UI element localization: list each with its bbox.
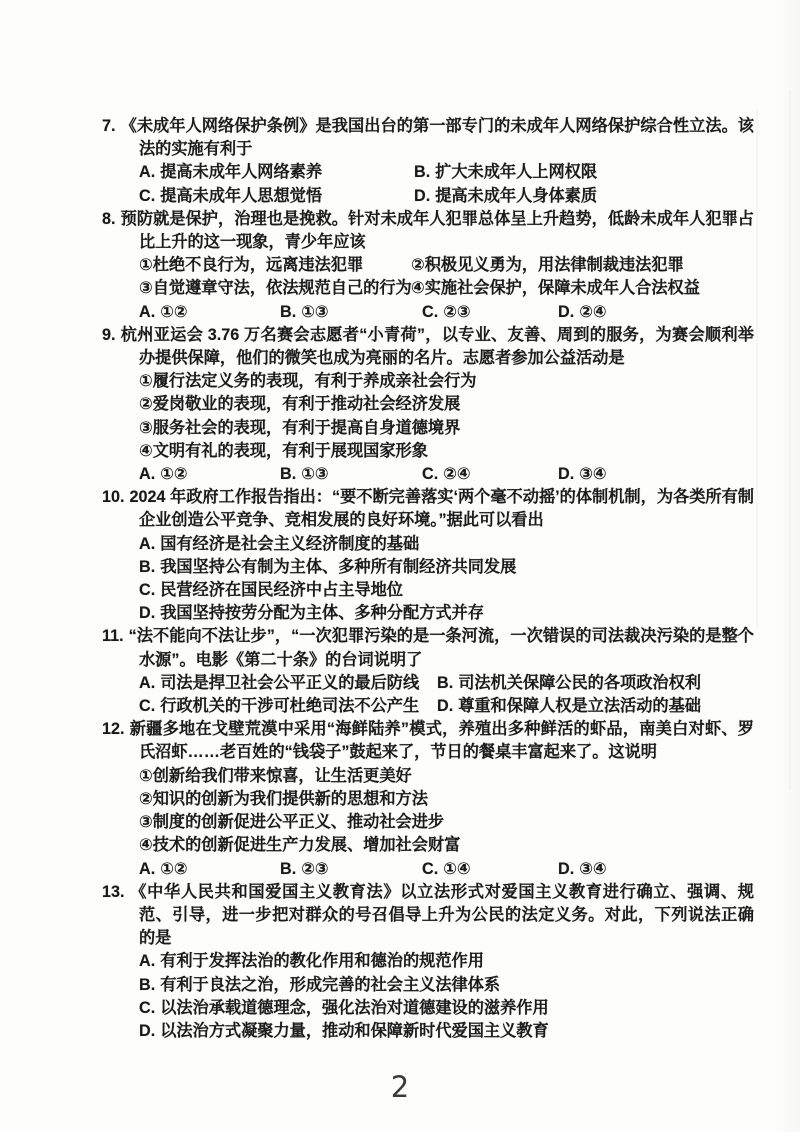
option-text: 行政机关的干涉可杜绝司法不公产生 xyxy=(160,697,419,715)
option-D: D.我国坚持按劳分配为主体、多种分配方式并存 xyxy=(139,602,754,625)
page-number: 2 xyxy=(0,1070,800,1104)
option-text: ①② xyxy=(160,860,187,878)
option-text: 我国坚持公有制为主体、多种所有制经济共同发展 xyxy=(160,558,516,576)
statement-group: ①履行法定义务的表现，有利于养成亲社会行为②爱岗敬业的表现，有利于推动社会经济发… xyxy=(139,370,754,463)
option-text: 以法治承载道德理念，强化法治对道德建设的滋养作用 xyxy=(160,999,549,1017)
option-text: 司法是捍卫社会公平正义的最后防线 xyxy=(160,674,419,692)
option-B: B.①③ xyxy=(280,301,422,324)
option-label: B. xyxy=(139,976,155,994)
statement-text: 积极见义勇为，用法律制裁违法犯罪 xyxy=(425,256,684,274)
option-text: 国有经济是社会主义经济制度的基础 xyxy=(160,535,419,553)
question-stem-text: 《中华人民共和国爱国主义教育法》以立法形式对爱国主义教育进行确立、强调、规范、引… xyxy=(130,883,754,947)
option-text: 有利于发挥法治的教化作用和德治的规范作用 xyxy=(160,952,484,970)
option-text: 我国坚持按劳分配为主体、多种分配方式并存 xyxy=(160,604,484,622)
option-text: 提高未成年人思想觉悟 xyxy=(160,187,322,205)
option-text: ②④ xyxy=(443,465,470,483)
statement-text: 技术的创新促进生产力发展、增加社会财富 xyxy=(153,836,461,854)
option-group: A.①②B.①③C.②④D.③④ xyxy=(139,463,754,486)
statement-④: ④实施社会保护，保障未成年人合法权益 xyxy=(411,277,754,300)
option-label: B. xyxy=(139,558,155,576)
statement-④: ④技术的创新促进生产力发展、增加社会财富 xyxy=(139,834,754,857)
option-text: ①② xyxy=(160,303,187,321)
statement-text: 服务社会的表现，有利于提高自身道德境界 xyxy=(153,419,461,437)
option-group: A.①②B.①③C.②③D.②④ xyxy=(139,301,754,324)
question-8: 8.预防就是保护，治理也是挽救。针对未成年人犯罪总体呈上升趋势，低龄未成年人犯罪… xyxy=(102,208,754,324)
option-text: ③④ xyxy=(579,860,606,878)
option-label: C. xyxy=(139,697,155,715)
option-label: B. xyxy=(437,674,453,692)
option-label: D. xyxy=(139,1022,155,1040)
statement-①: ①杜绝不良行为，远离违法犯罪 xyxy=(139,254,411,277)
exam-page-scan: 7.《未成年人网络保护条例》是我国出台的第一部专门的未成年人网络保护综合性立法。… xyxy=(0,0,800,1132)
question-stem-text: 杭州亚运会 3.76 万名赛会志愿者“小青荷”，以专业、友善、周到的服务，为赛会… xyxy=(121,326,754,367)
option-C: C.民营经济在国民经济中占主导地位 xyxy=(139,579,754,602)
statement-text: 爱岗敬业的表现，有利于推动社会经济发展 xyxy=(153,395,461,413)
statement-label: ② xyxy=(411,256,425,274)
question-12: 12.新疆多地在戈壁荒漠中采用“海鲜陆养”模式，养殖出多种鲜活的虾品，南美白对虾… xyxy=(102,718,754,880)
option-text: 扩大未成年人上网权限 xyxy=(435,163,597,181)
option-D: D.②④ xyxy=(558,301,754,324)
question-9: 9.杭州亚运会 3.76 万名赛会志愿者“小青荷”，以专业、友善、周到的服务，为… xyxy=(102,324,754,486)
question-stem: 8.预防就是保护，治理也是挽救。针对未成年人犯罪总体呈上升趋势，低龄未成年人犯罪… xyxy=(102,208,754,254)
option-label: A. xyxy=(139,674,155,692)
statement-②: ②积极见义勇为，用法律制裁违法犯罪 xyxy=(411,254,754,277)
statement-text: 杜绝不良行为，远离违法犯罪 xyxy=(153,256,363,274)
question-stem-text: 2024 年政府工作报告指出：“要不断完善落实‘两个毫不动摇’的体制机制，为各类… xyxy=(130,488,754,529)
option-label: B. xyxy=(280,465,296,483)
statement-text: 自觉遵章守法，依法规范自己的行为 xyxy=(153,279,412,297)
question-number: 9. xyxy=(102,326,116,344)
question-stem: 12.新疆多地在戈壁荒漠中采用“海鲜陆养”模式，养殖出多种鲜活的虾品，南美白对虾… xyxy=(102,718,754,764)
scan-streak xyxy=(789,90,791,790)
option-B: B.司法机关保障公民的各项政治权利 xyxy=(437,672,754,695)
option-text: ②④ xyxy=(579,303,606,321)
option-text: ①④ xyxy=(443,860,470,878)
statement-label: ① xyxy=(139,372,153,390)
option-D: D.以法治方式凝聚力量，推动和保障新时代爱国主义教育 xyxy=(139,1020,754,1043)
statement-③: ③制度的创新促进公平正义、推动社会进步 xyxy=(139,811,754,834)
statement-label: ② xyxy=(139,790,153,808)
statement-③: ③自觉遵章守法，依法规范自己的行为 xyxy=(139,277,411,300)
statement-label: ③ xyxy=(139,813,153,831)
question-number: 7. xyxy=(102,117,116,135)
question-10: 10.2024 年政府工作报告指出：“要不断完善落实‘两个毫不动摇’的体制机制，… xyxy=(102,486,754,625)
statement-text: 履行法定义务的表现，有利于养成亲社会行为 xyxy=(153,372,477,390)
option-text: ①③ xyxy=(301,465,328,483)
option-C: C.行政机关的干涉可杜绝司法不公产生 xyxy=(139,695,437,718)
statement-④: ④文明有礼的表现，有利于展现国家形象 xyxy=(139,440,754,463)
statement-label: ② xyxy=(139,395,153,413)
question-stem-text: 《未成年人网络保护条例》是我国出台的第一部专门的未成年人网络保护综合性立法。该法… xyxy=(121,117,754,158)
option-label: C. xyxy=(422,860,438,878)
statement-label: ① xyxy=(139,256,153,274)
statement-②: ②爱岗敬业的表现，有利于推动社会经济发展 xyxy=(139,393,754,416)
option-A: A.司法是捍卫社会公平正义的最后防线 xyxy=(139,672,437,695)
statement-text: 实施社会保护，保障未成年人合法权益 xyxy=(425,279,700,297)
option-C: C.①④ xyxy=(422,858,558,881)
option-label: A. xyxy=(139,535,155,553)
option-B: B.我国坚持公有制为主体、多种所有制经济共同发展 xyxy=(139,556,754,579)
option-label: C. xyxy=(422,465,438,483)
statement-text: 知识的创新为我们提供新的思想和方法 xyxy=(153,790,428,808)
option-A: A.①② xyxy=(139,858,280,881)
option-A: A.提高未成年人网络素养 xyxy=(139,161,414,184)
question-stem: 11.“法不能向不法让步”，“一次犯罪污染的是一条河流，一次错误的司法裁决污染的… xyxy=(102,625,754,671)
option-text: 民营经济在国民经济中占主导地位 xyxy=(160,581,403,599)
question-stem: 9.杭州亚运会 3.76 万名赛会志愿者“小青荷”，以专业、友善、周到的服务，为… xyxy=(102,324,754,370)
statement-text: 文明有礼的表现，有利于展现国家形象 xyxy=(153,442,428,460)
option-label: D. xyxy=(139,604,155,622)
scan-streak xyxy=(756,110,758,630)
option-label: A. xyxy=(139,860,155,878)
question-11: 11.“法不能向不法让步”，“一次犯罪污染的是一条河流，一次错误的司法裁决污染的… xyxy=(102,625,754,718)
option-text: ①② xyxy=(160,465,187,483)
option-C: C.②③ xyxy=(422,301,558,324)
option-group: A.司法是捍卫社会公平正义的最后防线B.司法机关保障公民的各项政治权利C.行政机… xyxy=(139,672,754,718)
option-label: D. xyxy=(437,697,453,715)
option-group: A.提高未成年人网络素养B.扩大未成年人上网权限C.提高未成年人思想觉悟D.提高… xyxy=(139,161,754,207)
option-text: 司法机关保障公民的各项政治权利 xyxy=(458,674,701,692)
option-text: ③④ xyxy=(579,465,606,483)
option-label: B. xyxy=(414,163,430,181)
statement-③: ③服务社会的表现，有利于提高自身道德境界 xyxy=(139,417,754,440)
question-number: 13. xyxy=(102,883,125,901)
question-stem-text: “法不能向不法让步”，“一次犯罪污染的是一条河流，一次错误的司法裁决污染的是整个… xyxy=(129,627,754,668)
option-D: D.提高未成年人身体素质 xyxy=(414,185,754,208)
option-group: A.有利于发挥法治的教化作用和德治的规范作用B.有利于良法之治，形成完善的社会主… xyxy=(139,950,754,1043)
question-stem: 13.《中华人民共和国爱国主义教育法》以立法形式对爱国主义教育进行确立、强调、规… xyxy=(102,881,754,951)
question-7: 7.《未成年人网络保护条例》是我国出台的第一部专门的未成年人网络保护综合性立法。… xyxy=(102,115,754,208)
statement-label: ③ xyxy=(139,279,153,297)
question-list: 7.《未成年人网络保护条例》是我国出台的第一部专门的未成年人网络保护综合性立法。… xyxy=(102,115,754,1043)
option-D: D.尊重和保障人权是立法活动的基础 xyxy=(437,695,754,718)
question-number: 10. xyxy=(102,488,125,506)
option-label: D. xyxy=(558,860,574,878)
option-D: D.③④ xyxy=(558,463,754,486)
option-group: A.①②B.②③C.①④D.③④ xyxy=(139,858,754,881)
statement-text: 创新给我们带来惊喜，让生活更美好 xyxy=(153,767,412,785)
option-label: D. xyxy=(414,187,430,205)
question-stem: 10.2024 年政府工作报告指出：“要不断完善落实‘两个毫不动摇’的体制机制，… xyxy=(102,486,754,532)
option-group: A.国有经济是社会主义经济制度的基础B.我国坚持公有制为主体、多种所有制经济共同… xyxy=(139,533,754,626)
option-text: ①③ xyxy=(301,303,328,321)
option-label: C. xyxy=(139,581,155,599)
statement-label: ④ xyxy=(139,442,153,460)
option-label: B. xyxy=(280,303,296,321)
question-13: 13.《中华人民共和国爱国主义教育法》以立法形式对爱国主义教育进行确立、强调、规… xyxy=(102,881,754,1043)
option-text: 提高未成年人网络素养 xyxy=(160,163,322,181)
option-text: 有利于良法之治，形成完善的社会主义法律体系 xyxy=(160,976,500,994)
question-number: 8. xyxy=(102,210,116,228)
question-stem-text: 新疆多地在戈壁荒漠中采用“海鲜陆养”模式，养殖出多种鲜活的虾品，南美白对虾、罗氏… xyxy=(130,720,754,761)
option-A: A.国有经济是社会主义经济制度的基础 xyxy=(139,533,754,556)
question-stem-text: 预防就是保护，治理也是挽救。针对未成年人犯罪总体呈上升趋势，低龄未成年人犯罪占比… xyxy=(121,210,754,251)
option-label: A. xyxy=(139,465,155,483)
statement-group: ①杜绝不良行为，远离违法犯罪②积极见义勇为，用法律制裁违法犯罪③自觉遵章守法，依… xyxy=(139,254,754,300)
option-label: A. xyxy=(139,163,155,181)
option-B: B.扩大未成年人上网权限 xyxy=(414,161,754,184)
option-label: A. xyxy=(139,952,155,970)
option-label: B. xyxy=(280,860,296,878)
option-C: C.提高未成年人思想觉悟 xyxy=(139,185,414,208)
option-A: A.有利于发挥法治的教化作用和德治的规范作用 xyxy=(139,950,754,973)
option-B: B.②③ xyxy=(280,858,422,881)
option-label: C. xyxy=(139,999,155,1017)
option-A: A.①② xyxy=(139,301,280,324)
option-text: ②③ xyxy=(301,860,328,878)
statement-label: ④ xyxy=(139,836,153,854)
statement-①: ①创新给我们带来惊喜，让生活更美好 xyxy=(139,765,754,788)
statement-label: ④ xyxy=(411,279,425,297)
option-B: B.有利于良法之治，形成完善的社会主义法律体系 xyxy=(139,974,754,997)
statement-①: ①履行法定义务的表现，有利于养成亲社会行为 xyxy=(139,370,754,393)
option-C: C.②④ xyxy=(422,463,558,486)
option-D: D.③④ xyxy=(558,858,754,881)
option-label: C. xyxy=(139,187,155,205)
option-text: ②③ xyxy=(443,303,470,321)
option-label: C. xyxy=(422,303,438,321)
option-C: C.以法治承载道德理念，强化法治对道德建设的滋养作用 xyxy=(139,997,754,1020)
statement-group: ①创新给我们带来惊喜，让生活更美好②知识的创新为我们提供新的思想和方法③制度的创… xyxy=(139,765,754,858)
option-label: D. xyxy=(558,465,574,483)
option-B: B.①③ xyxy=(280,463,422,486)
option-text: 提高未成年人身体素质 xyxy=(435,187,597,205)
question-number: 11. xyxy=(102,627,124,645)
question-number: 12. xyxy=(102,720,125,738)
statement-text: 制度的创新促进公平正义、推动社会进步 xyxy=(153,813,444,831)
option-text: 以法治方式凝聚力量，推动和保障新时代爱国主义教育 xyxy=(160,1022,549,1040)
option-label: A. xyxy=(139,303,155,321)
option-A: A.①② xyxy=(139,463,280,486)
statement-label: ③ xyxy=(139,419,153,437)
question-stem: 7.《未成年人网络保护条例》是我国出台的第一部专门的未成年人网络保护综合性立法。… xyxy=(102,115,754,161)
statement-②: ②知识的创新为我们提供新的思想和方法 xyxy=(139,788,754,811)
option-text: 尊重和保障人权是立法活动的基础 xyxy=(458,697,701,715)
statement-label: ① xyxy=(139,767,153,785)
scan-shade-right xyxy=(774,0,800,1132)
option-label: D. xyxy=(558,303,574,321)
